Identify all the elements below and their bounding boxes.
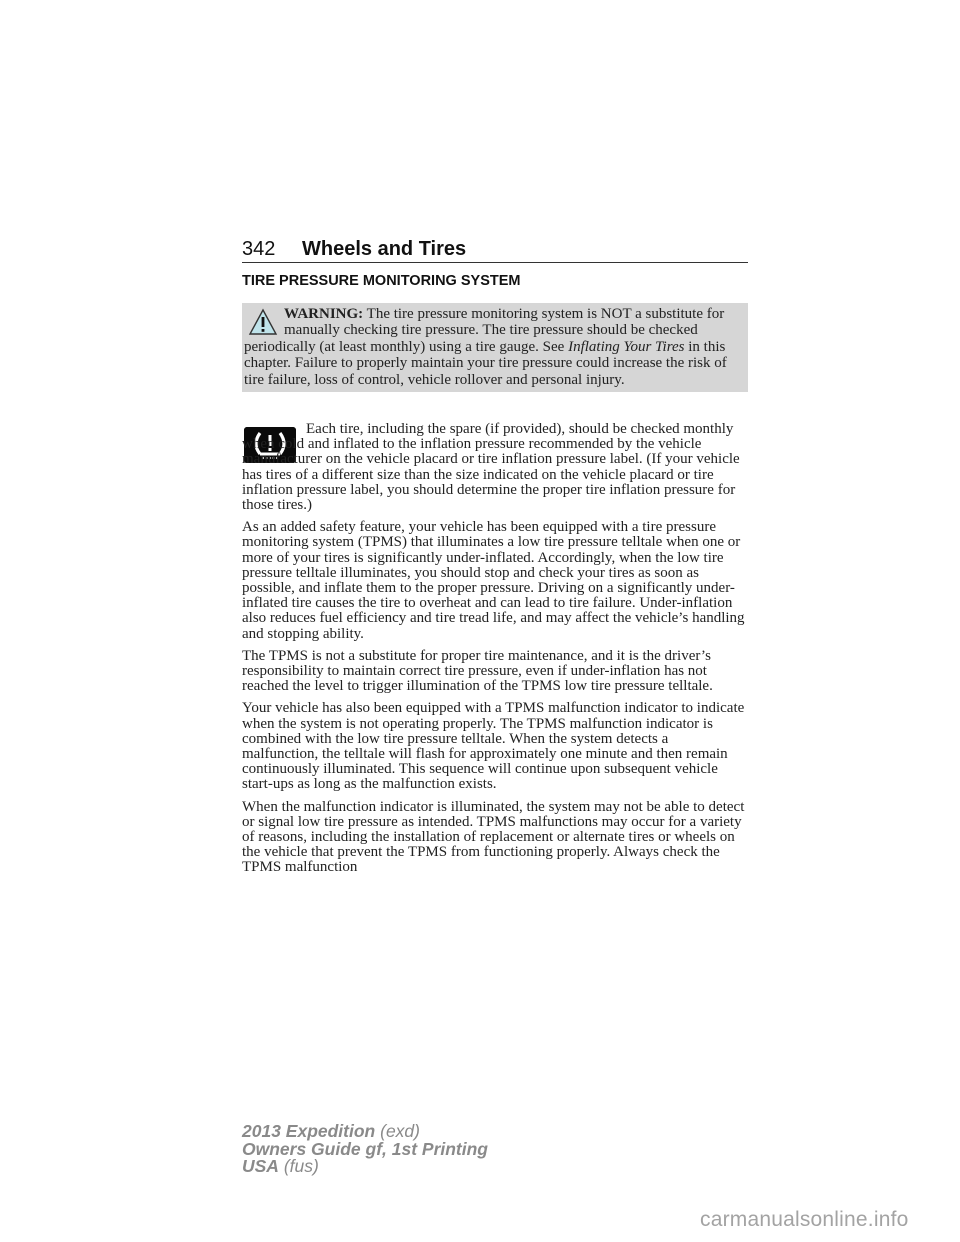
inflating-your-tires-reference[interactable]: Inflating Your Tires	[568, 339, 684, 355]
page-number: 342	[242, 238, 275, 261]
section-heading: TIRE PRESSURE MONITORING SYSTEM	[242, 273, 521, 289]
warning-triangle-icon	[248, 308, 278, 336]
footer-market-code: (fus)	[284, 1156, 319, 1176]
paragraph-malfunction-indicator: Your vehicle has also been equipped with…	[242, 701, 748, 792]
chapter-title: Wheels and Tires	[302, 238, 466, 261]
footer-market: USA	[242, 1156, 279, 1176]
warning-box: WARNING: The tire pressure monitoring sy…	[242, 303, 748, 392]
page-header: 342 Wheels and Tires	[242, 238, 748, 263]
paragraph-malfunction-illuminated: When the malfunction indicator is illumi…	[242, 800, 748, 876]
paragraph-tpms-not-substitute: The TPMS is not a substitute for proper …	[242, 649, 748, 695]
watermark: carmanualsonline.info	[700, 1208, 909, 1232]
paragraph-tpms-feature: As an added safety feature, your vehicle…	[242, 520, 748, 642]
warning-label: WARNING:	[284, 306, 363, 322]
body-text: Each tire, including the spare (if provi…	[242, 422, 748, 883]
page-footer: 2013 Expedition (exd) Owners Guide gf, 1…	[242, 1123, 488, 1176]
paragraph-check-tires: Each tire, including the spare (if provi…	[242, 422, 748, 513]
